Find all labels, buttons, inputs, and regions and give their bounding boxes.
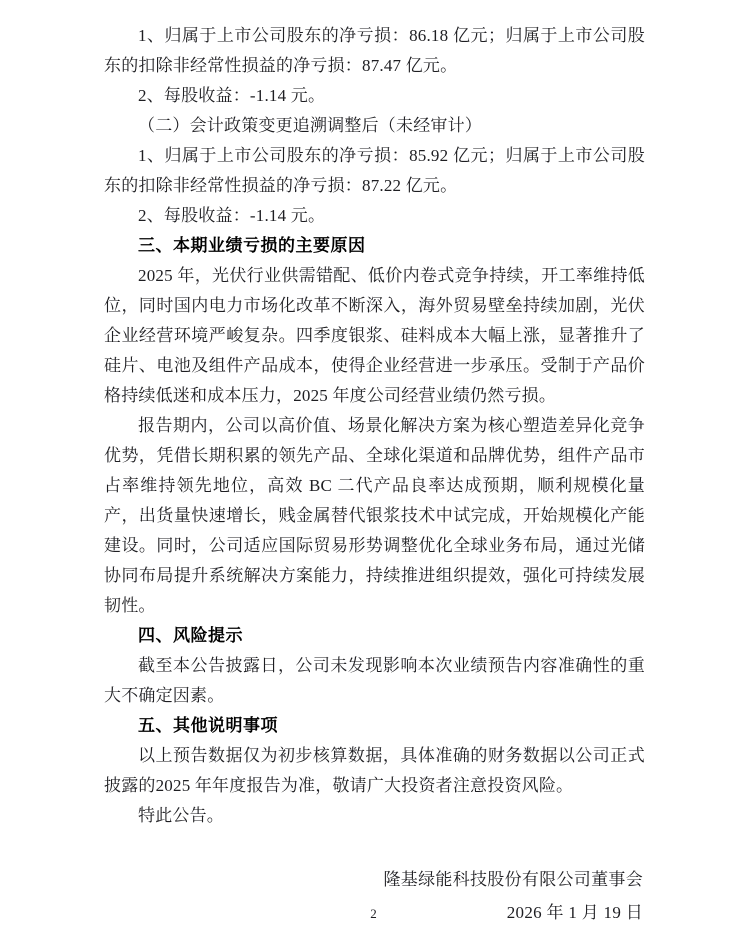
paragraph: 2、每股收益：-1.14 元。	[104, 81, 645, 111]
document-body: 1、归属于上市公司股东的净亏损：86.18 亿元；归属于上市公司股东的扣除非经常…	[104, 21, 645, 831]
paragraph: 2025 年，光伏行业供需错配、低价内卷式竞争持续，开工率维持低位，同时国内电力…	[104, 261, 645, 411]
section-heading: 四、风险提示	[104, 621, 645, 651]
paragraph: （二）会计政策变更追溯调整后（未经审计）	[104, 111, 645, 141]
page-number: 2	[0, 906, 747, 922]
paragraph: 2、每股收益：-1.14 元。	[104, 201, 645, 231]
paragraph: 特此公告。	[104, 801, 645, 831]
paragraph: 1、归属于上市公司股东的净亏损：86.18 亿元；归属于上市公司股东的扣除非经常…	[104, 21, 645, 81]
paragraph: 以上预告数据仅为初步核算数据，具体准确的财务数据以公司正式披露的2025 年年度…	[104, 741, 645, 801]
section-heading: 三、本期业绩亏损的主要原因	[104, 231, 645, 261]
document-page: 1、归属于上市公司股东的净亏损：86.18 亿元；归属于上市公司股东的扣除非经常…	[0, 0, 747, 934]
paragraph: 1、归属于上市公司股东的净亏损：85.92 亿元；归属于上市公司股东的扣除非经常…	[104, 141, 645, 201]
paragraph: 截至本公告披露日，公司未发现影响本次业绩预告内容准确性的重大不确定因素。	[104, 651, 645, 711]
paragraph: 报告期内，公司以高价值、场景化解决方案为核心塑造差异化竞争优势，凭借长期积累的领…	[104, 411, 645, 621]
section-heading: 五、其他说明事项	[104, 711, 645, 741]
signature-company: 隆基绿能科技股份有限公司董事会	[104, 863, 643, 896]
